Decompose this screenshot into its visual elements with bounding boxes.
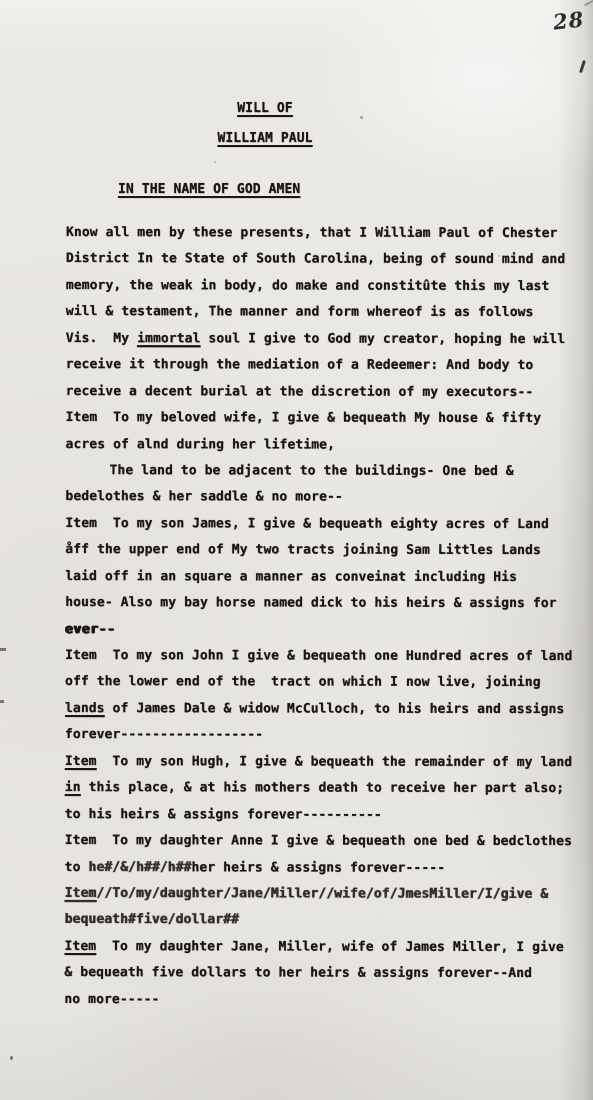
text-segment: Item To my beloved wife, I give & bequea… bbox=[66, 410, 542, 426]
text-segment: Item To my daughter Anne I give & bequea… bbox=[65, 833, 572, 849]
text-segment: this place, & at his mothers death to re… bbox=[81, 780, 565, 796]
scan-edge-mark bbox=[0, 648, 6, 651]
text-segment: Vis. My bbox=[66, 331, 137, 346]
text-line: acres of alnd during her lifetime, bbox=[66, 431, 586, 459]
text-segment: The land to be adjacent to the buildings… bbox=[109, 463, 513, 479]
scan-edge-mark bbox=[0, 700, 4, 703]
ink-speck bbox=[214, 161, 216, 163]
text-line: to he#/&/h##/h##her heirs & assigns fore… bbox=[65, 854, 585, 882]
text-segment: no more----- bbox=[64, 992, 159, 1007]
pen-stroke-mark bbox=[579, 60, 585, 73]
text-segment: to his heirs & assigns forever---------- bbox=[65, 807, 382, 823]
text-line: Item To my beloved wife, I give & bequea… bbox=[66, 405, 586, 433]
text-segment: & bequeath five dollars to her heirs & a… bbox=[64, 965, 532, 981]
struck-text-segment: bequeath#five/dollar## bbox=[65, 912, 239, 927]
document-title-line2: WILLIAM PAUL bbox=[217, 131, 312, 146]
text-segment: memory, the weak in body, do make and co… bbox=[66, 278, 550, 294]
text-line: The land to be adjacent to the buildings… bbox=[65, 458, 585, 486]
text-line: laid off in an square a manner as convei… bbox=[65, 564, 585, 592]
text-line: Item To my son James, I give & bequeath … bbox=[65, 511, 585, 539]
text-segment: in bbox=[65, 780, 81, 795]
text-segment: receive a decent burial at the discretio… bbox=[66, 384, 534, 400]
text-line: bequeath#five/dollar## bbox=[65, 907, 585, 935]
text-line: Vis. My immortal soul I give to God my c… bbox=[66, 326, 586, 354]
text-segment: immortal bbox=[137, 331, 200, 346]
struck-text-segment: //To/my/daughter/Jane/Miller//wife/of/Jm… bbox=[96, 886, 548, 902]
text-line: no more----- bbox=[64, 987, 584, 1015]
text-line: in this place, & at his mothers death to… bbox=[65, 775, 585, 803]
text-segment: off the lower end of the tract on which … bbox=[65, 674, 541, 690]
text-line: Item To my son John I give & bequeath on… bbox=[65, 643, 585, 671]
text-line: to his heirs & assigns forever---------- bbox=[65, 802, 585, 830]
text-line: bedelothes & her saddle & no more-- bbox=[65, 484, 585, 512]
text-segment: will & testament, The manner and form wh… bbox=[66, 304, 534, 320]
text-line: Item To my son Hugh, I give & bequeath t… bbox=[65, 749, 585, 777]
text-line: memory, the weak in body, do make and co… bbox=[66, 273, 586, 301]
document-page: 28 WILL OF WILLIAM PAUL IN THE NAME OF G… bbox=[0, 0, 593, 1100]
text-segment: lands bbox=[65, 701, 105, 716]
text-segment: To my son Hugh, I give & bequeath the re… bbox=[97, 754, 573, 770]
text-segment: acres of alnd during her lifetime, bbox=[66, 436, 336, 452]
text-line: Know all men by these presents, that I W… bbox=[66, 220, 586, 248]
text-segment: Item bbox=[65, 754, 97, 769]
struck-text-segment: Item bbox=[65, 886, 97, 901]
document-body: Know all men by these presents, that I W… bbox=[64, 220, 586, 1014]
text-line: will & testament, The manner and form wh… bbox=[66, 299, 586, 327]
text-line: Item To my daughter Jane, Miller, wife o… bbox=[64, 934, 584, 962]
ink-speck bbox=[360, 116, 363, 119]
text-segment: to bbox=[65, 859, 89, 874]
opening-invocation: IN THE NAME OF GOD AMEN bbox=[118, 182, 300, 197]
text-segment: receive it through the mediation of a Re… bbox=[66, 357, 534, 373]
text-segment: Know all men by these presents, that I W… bbox=[66, 225, 557, 241]
text-line: & bequeath five dollars to her heirs & a… bbox=[64, 960, 584, 988]
struck-text-segment: he#/&/h##/h## bbox=[88, 860, 191, 875]
ink-speck bbox=[498, 255, 500, 257]
text-segment: her heirs & assigns forever----- bbox=[191, 860, 445, 876]
text-segment: bedelothes & her saddle & no more-- bbox=[65, 489, 342, 505]
text-line: Item To my daughter Anne I give & bequea… bbox=[65, 828, 585, 856]
text-line: off the lower end of the tract on which … bbox=[65, 669, 585, 697]
text-segment: house- Also my bay horse named dick to h… bbox=[65, 595, 556, 611]
text-line: receive a decent burial at the discretio… bbox=[66, 379, 586, 407]
text-segment: åff the upper end of My two tracts joini… bbox=[65, 542, 541, 558]
text-segment: Item bbox=[64, 939, 96, 954]
text-segment: ever-- bbox=[65, 622, 116, 637]
text-segment: To my daughter Jane, Miller, wife of Jam… bbox=[96, 939, 564, 955]
text-line: lands of James Dale & widow McCulloch, t… bbox=[65, 696, 585, 724]
corner-scan-mark bbox=[584, 0, 593, 6]
ink-speck bbox=[10, 1056, 13, 1060]
text-line: receive it through the mediation of a Re… bbox=[66, 352, 586, 380]
text-line: ever-- bbox=[65, 617, 585, 645]
text-line: District In te State of South Carolina, … bbox=[66, 246, 586, 274]
text-segment: District In te State of South Carolina, … bbox=[66, 251, 565, 267]
document-title-line1: WILL OF bbox=[237, 101, 293, 116]
text-segment: Item To my son James, I give & bequeath … bbox=[65, 516, 549, 532]
text-segment: of James Dale & widow McCulloch, to his … bbox=[105, 701, 565, 717]
title-block: WILL OF WILLIAM PAUL bbox=[0, 94, 530, 154]
text-line: house- Also my bay horse named dick to h… bbox=[65, 590, 585, 618]
text-line: åff the upper end of My two tracts joini… bbox=[65, 537, 585, 565]
text-line: Item//To/my/daughter/Jane/Miller//wife/o… bbox=[65, 881, 585, 909]
text-segment: Item To my son John I give & bequeath on… bbox=[65, 648, 572, 664]
handwritten-page-number: 28 bbox=[552, 6, 586, 34]
text-segment: forever------------------ bbox=[65, 727, 263, 742]
text-segment: laid off in an square a manner as convei… bbox=[65, 569, 517, 585]
text-line: forever------------------ bbox=[65, 722, 585, 750]
text-segment: soul I give to God my creator, hoping he… bbox=[201, 331, 566, 347]
